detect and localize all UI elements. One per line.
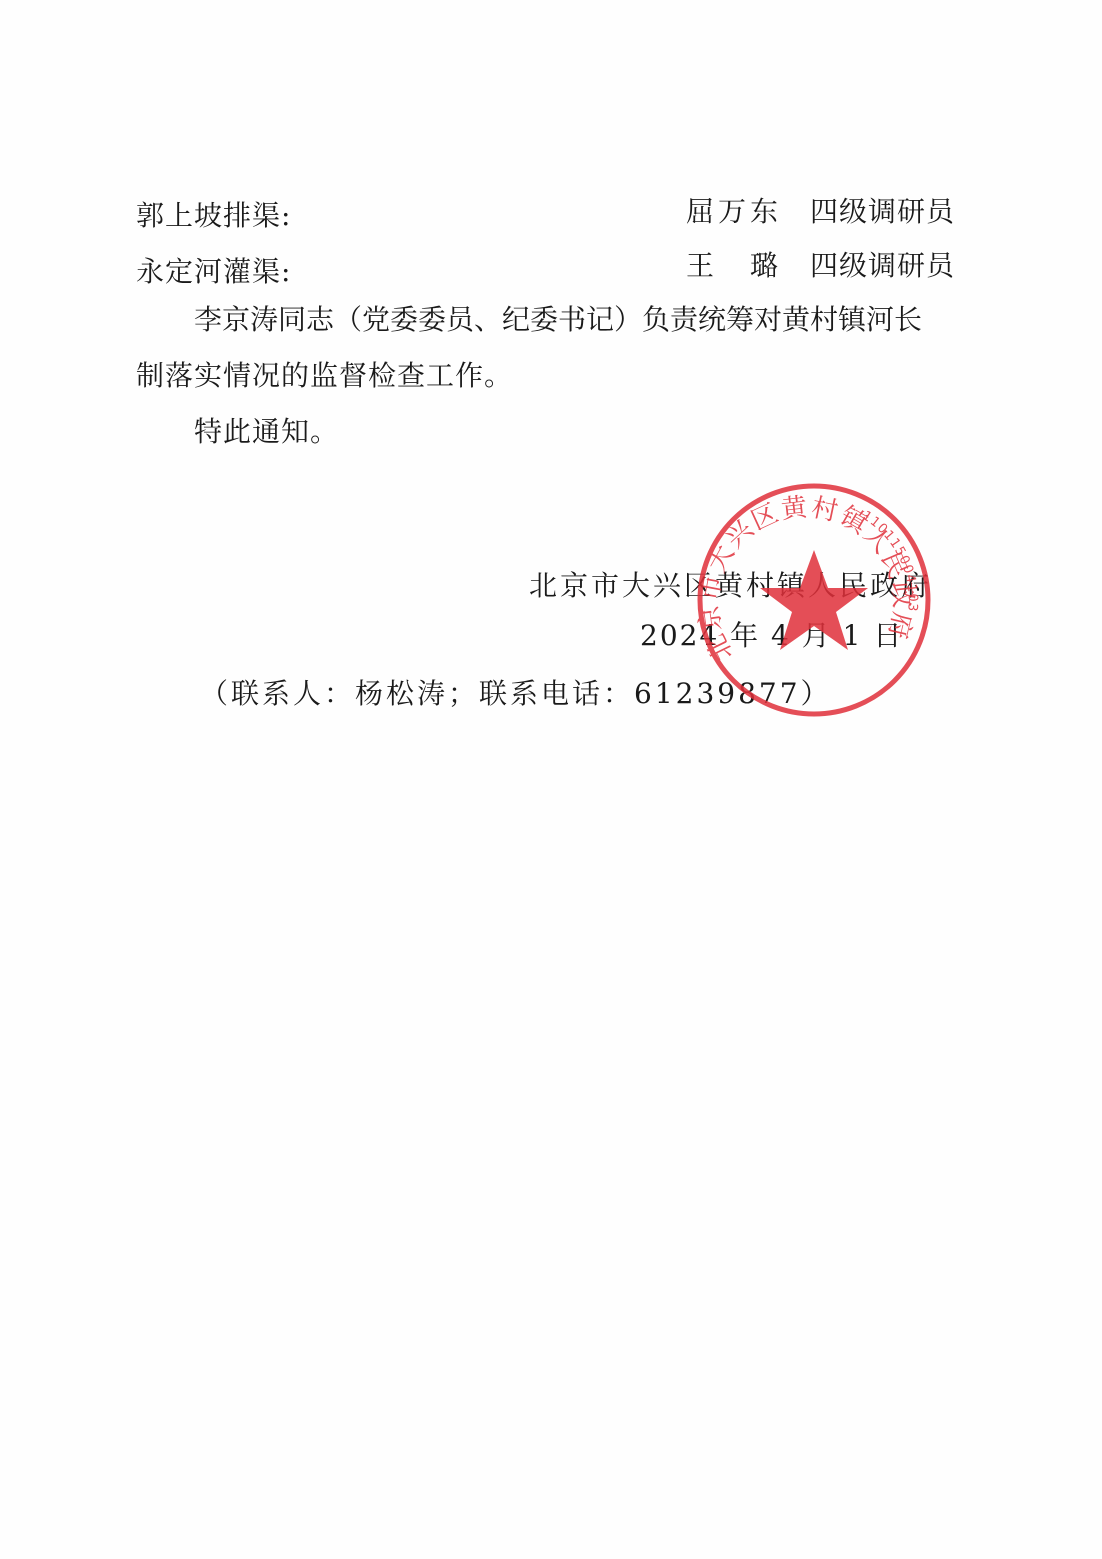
contact-info: （联系人：杨松涛；联系电话：61239877） bbox=[200, 674, 832, 714]
signature-organization: 北京市大兴区黄村镇人民政府 bbox=[529, 566, 932, 606]
assignment-label-2: 永定河灌渠: bbox=[136, 252, 291, 292]
paragraph-line-1: 李京涛同志（党委委员、纪委书记）负责统筹对黄村镇河长 bbox=[194, 300, 922, 340]
closing-text: 特此通知。 bbox=[194, 412, 339, 452]
paragraph-line-2: 制落实情况的监督检查工作。 bbox=[136, 356, 513, 396]
assignment-name-2: 王 璐 bbox=[686, 246, 782, 286]
assignment-title-2: 四级调研员 bbox=[810, 246, 955, 286]
assignment-label-1: 郭上坡排渠: bbox=[136, 196, 291, 236]
assignment-title-1: 四级调研员 bbox=[810, 192, 955, 232]
assignment-name-1: 屈万东 bbox=[686, 192, 782, 232]
document-page: 郭上坡排渠: 屈万东 四级调研员 永定河灌渠: 王 璐 四级调研员 李京涛同志（… bbox=[0, 0, 1102, 1559]
signature-date: 2024 年 4 月 1 日 bbox=[640, 616, 903, 656]
